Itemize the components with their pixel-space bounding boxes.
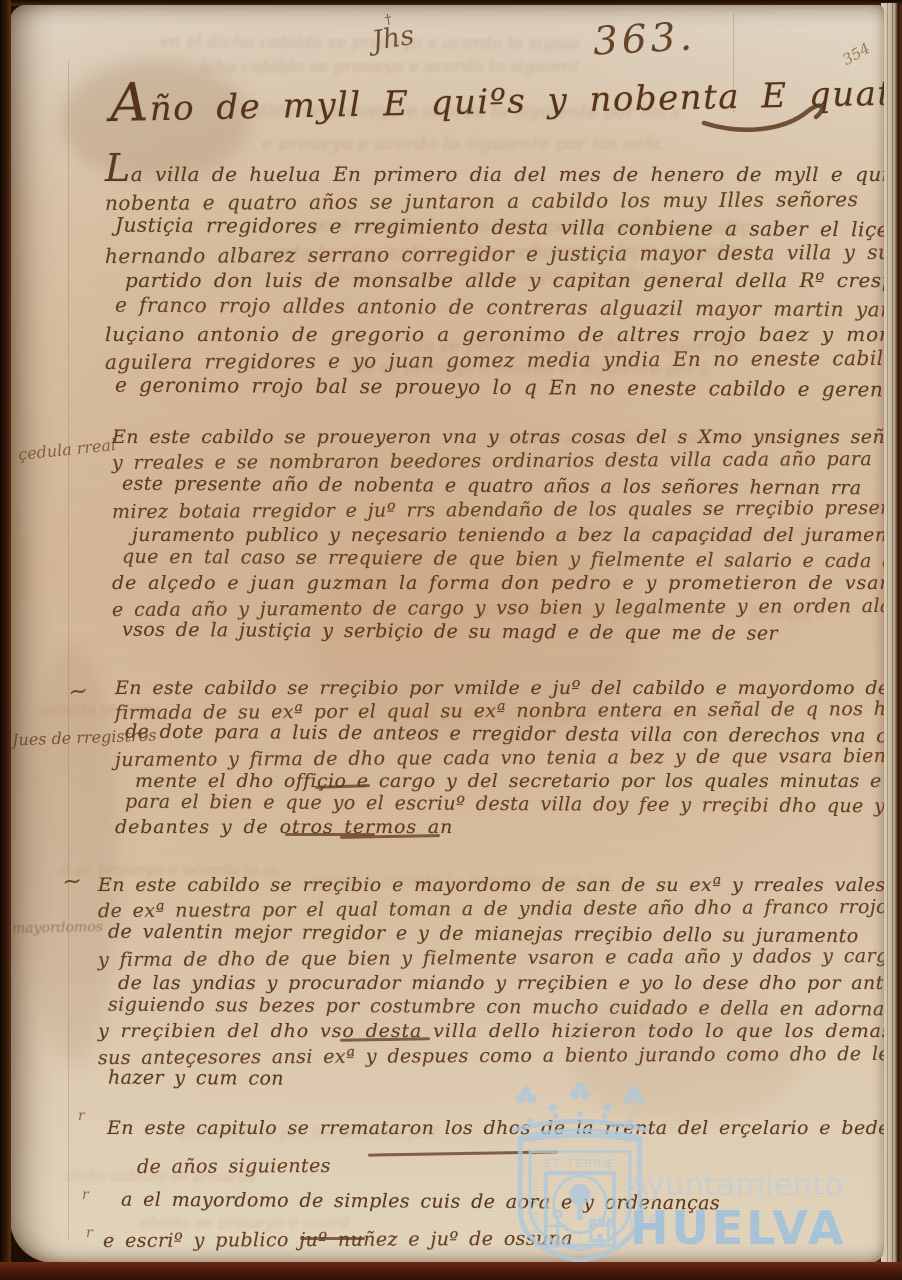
entry-paragraph-1: La villa de huelua En primero dia del me… — [105, 155, 881, 400]
entry-paragraph-2: En este cabildo se proueyeron vna y otra… — [112, 425, 884, 645]
bleedthrough-line: e proueyo e acordo lo siguiente por los … — [262, 133, 662, 154]
manuscript-line: que en tal caso se rrequiere de que bien… — [122, 545, 884, 574]
manuscript-line: de las yndias y procurador miando y rreç… — [118, 971, 884, 995]
manuscript-line: mente el dho offiçio e cargo y del secre… — [135, 770, 884, 793]
bleedthrough-line: en el dicho cabildo se proueyo e acordo … — [160, 32, 580, 54]
manuscript-line: aguilera rregidores e yo juan gomez medi… — [105, 345, 881, 376]
manuscript-line: de alçedo e juan guzman la forma don ped… — [112, 571, 884, 595]
crest-motto-left: PORTUS MARIS — [531, 1175, 540, 1247]
book-edge-bottom — [0, 1262, 902, 1280]
manuscript-line: vsos de la justiçia y serbiçio de su mag… — [122, 618, 884, 647]
manuscript-line: juramento publico y neçesario teniendo a… — [132, 523, 884, 547]
paragraph-mark: ~ — [66, 676, 90, 707]
item-mark: r — [78, 1108, 85, 1124]
manuscript-line: hernando albarez serrano corregidor e ju… — [105, 239, 881, 270]
ink-underline-stroke — [300, 1237, 365, 1240]
manuscript-line: luçiano antonio de gregorio a geronimo d… — [105, 321, 881, 348]
manuscript-line: para el bien e que yo el escriuº desta v… — [125, 791, 884, 819]
paragraph-mark: ~ — [61, 866, 84, 896]
pen-flourish — [698, 91, 838, 135]
book-gutter-edge — [0, 0, 11, 1280]
folio-number-ink: 363. — [592, 14, 697, 64]
manuscript-line: e geronimo rrojo bal se proueyo lo q En … — [115, 371, 881, 402]
manuscript-line: y firma de dho de que bien y fielmente v… — [98, 944, 884, 973]
crest-motto-top: ET TERRÆ — [544, 1157, 615, 1170]
watermark-text-line2: HUELVA — [630, 1201, 846, 1255]
manuscript-line: siguiendo sus bezes por costumbre con mu… — [108, 993, 884, 1022]
manuscript-line: e franco rrojo alldes antonio de contrer… — [115, 292, 881, 323]
manuscript-line: partido don luis de monsalbe allde y cap… — [125, 267, 881, 294]
entry-paragraph-4: En este cabildo se rreçibio e mayordomo … — [98, 873, 884, 1093]
entry-paragraph-3: En este cabildo se rreçibio por vmilde e… — [115, 677, 884, 839]
margin-note-3: mayordomos — [12, 919, 103, 937]
ink-underline-stroke — [285, 833, 375, 836]
margin-rule-line — [68, 60, 69, 1240]
manuscript-line: mirez botaia rregidor e juº rrs abendaño… — [112, 496, 884, 524]
manuscript-line: Justiçia rregidores e rregimiento desta … — [115, 212, 881, 243]
manuscript-line: y rreçibien del dho vso desta villa dell… — [98, 1019, 884, 1043]
item-mark: r — [82, 1187, 89, 1203]
manuscript-page: en el dicho cabildo se proueyo e acordo … — [10, 5, 884, 1263]
ihs-monogram: Jhs † — [370, 20, 416, 57]
manuscript-line: En este cabildo se proueyeron vna y otra… — [112, 425, 884, 449]
manuscript-line: En este cabildo se rreçibio por vmilde e… — [115, 677, 884, 700]
manuscript-scan: en el dicho cabildo se proueyo e acordo … — [0, 0, 902, 1280]
manuscript-line: La villa de huelua En primero dia del me… — [105, 155, 881, 188]
cross-icon: † — [384, 12, 393, 28]
manuscript-line: En este cabildo se rreçibio e mayordomo … — [98, 873, 884, 897]
item-mark: r — [86, 1225, 93, 1241]
manuscript-line: debantes y de otros termos an — [115, 816, 884, 839]
manuscript-line: juramento y firma de dho que cada vno te… — [115, 745, 884, 772]
